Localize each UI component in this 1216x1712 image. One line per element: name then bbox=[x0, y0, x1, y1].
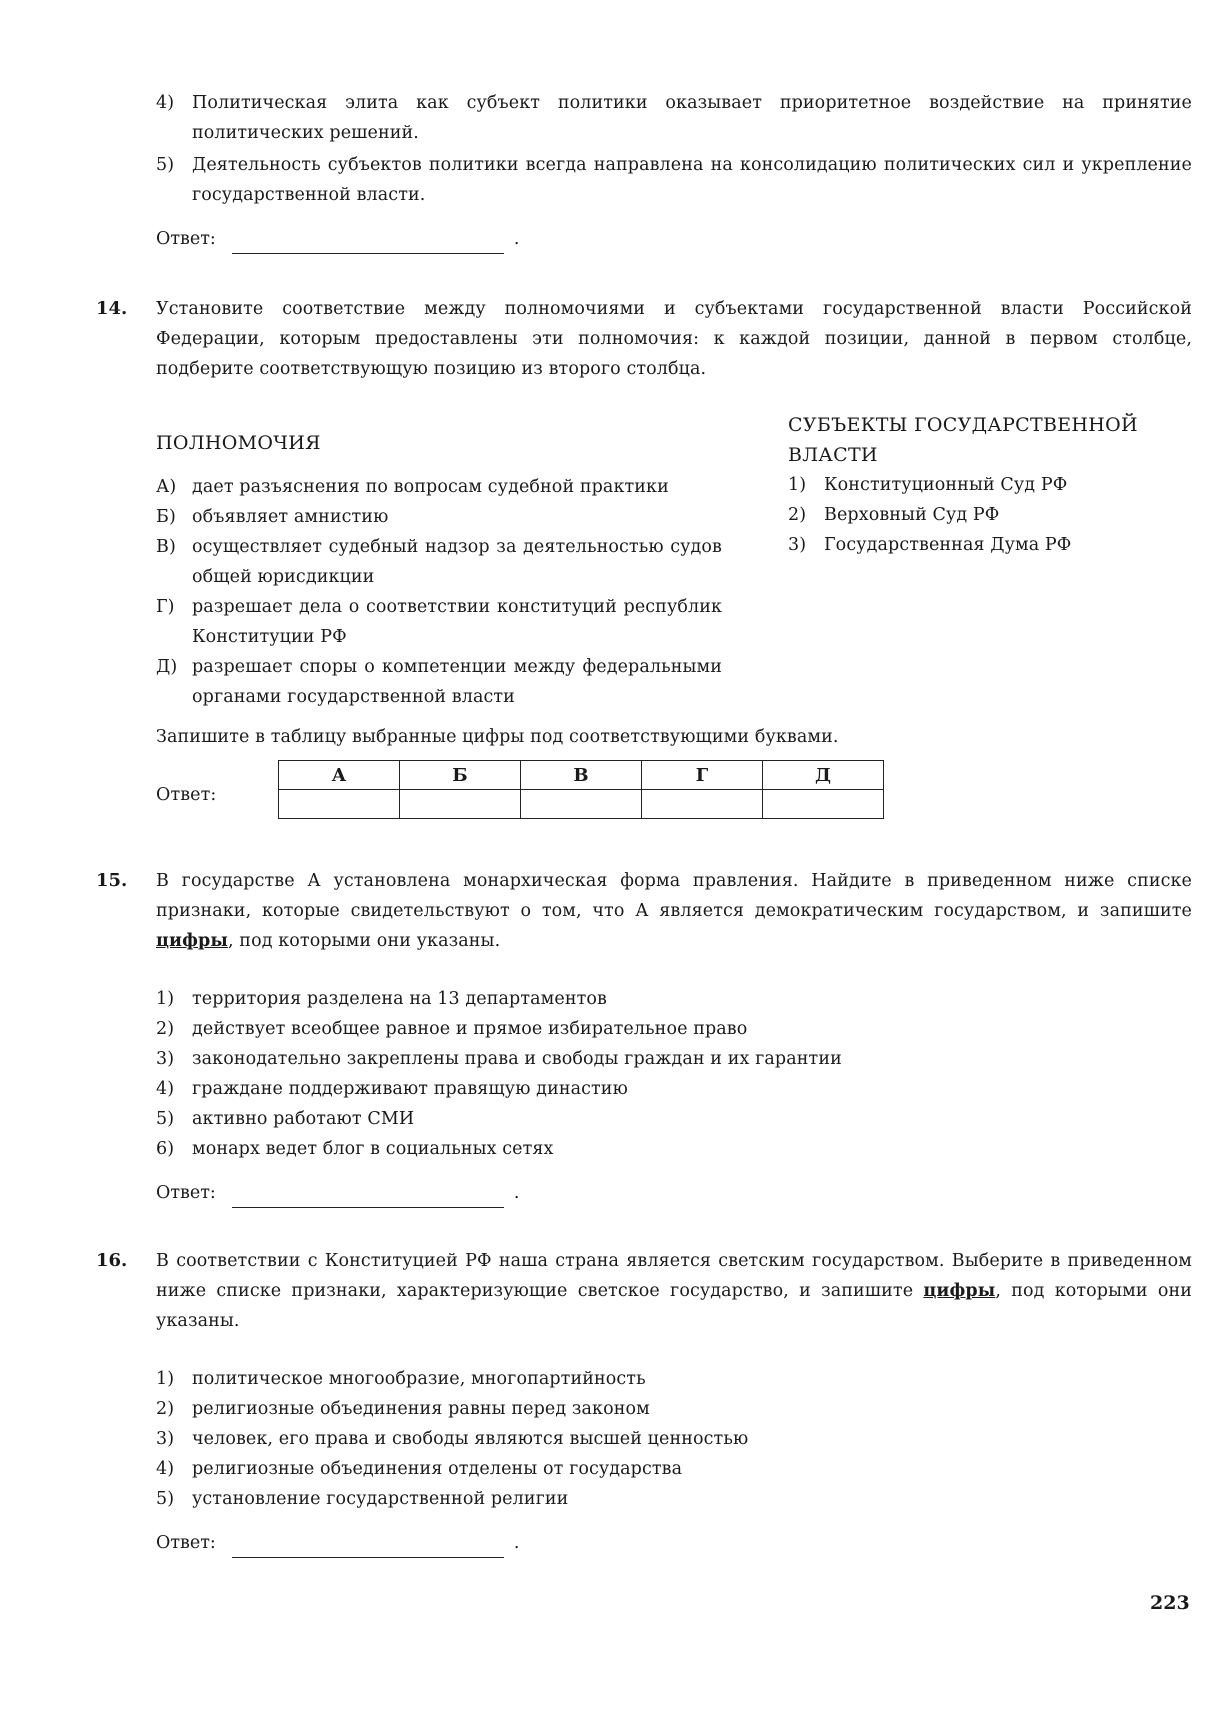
subject-item-1: 1)Конституционный Суд РФ bbox=[788, 470, 1188, 500]
power-label: Б) bbox=[156, 502, 176, 532]
option-text: политическое многообразие, многопартийно… bbox=[192, 1369, 646, 1389]
answer-cell-g[interactable] bbox=[642, 790, 763, 819]
q15-option: 2)действует всеобщее равное и прямое изб… bbox=[156, 1014, 1156, 1044]
subject-label: 2) bbox=[788, 500, 806, 530]
answer-input-line[interactable] bbox=[232, 1185, 504, 1208]
answer-table-value-row bbox=[279, 790, 884, 819]
option-number: 5) bbox=[156, 1484, 174, 1514]
q16-question-text: В соответствии с Конституцией РФ наша ст… bbox=[156, 1246, 1192, 1336]
answer-cell-v[interactable] bbox=[521, 790, 642, 819]
option-number: 1) bbox=[156, 984, 174, 1014]
option-text: действует всеобщее равное и прямое избир… bbox=[192, 1019, 747, 1039]
option-number: 1) bbox=[156, 1364, 174, 1394]
q15-question-text: В государстве А установлена монархическа… bbox=[156, 866, 1192, 956]
q16-answer: Ответ:. bbox=[156, 1528, 519, 1558]
q15-option: 6)монарх ведет блог в социальных сетях bbox=[156, 1134, 1156, 1164]
power-label: Д) bbox=[156, 652, 177, 682]
power-text: разрешает споры о компетенции между феде… bbox=[192, 657, 722, 707]
power-item-v: В)осуществляет судебный надзор за деятел… bbox=[156, 532, 722, 592]
subject-text: Верховный Суд РФ bbox=[824, 505, 999, 525]
question-number: 14. bbox=[96, 294, 127, 324]
subjects-list: 1)Конституционный Суд РФ 2)Верховный Суд… bbox=[788, 470, 1188, 560]
option-text: человек, его права и свободы являются вы… bbox=[192, 1429, 748, 1449]
q14-question-text: Установите соответствие между полномочия… bbox=[156, 294, 1192, 384]
power-label: Г) bbox=[156, 592, 175, 622]
option-text: религиозные объединения отделены от госу… bbox=[192, 1459, 682, 1479]
q15-answer: Ответ:. bbox=[156, 1178, 519, 1208]
option-text: Деятельность субъектов политики всегда н… bbox=[192, 150, 1192, 210]
option-number: 3) bbox=[156, 1044, 174, 1074]
option-number: 4) bbox=[156, 88, 174, 118]
option-text: установление государственной религии bbox=[192, 1489, 568, 1509]
answer-header-d: Д bbox=[763, 761, 884, 790]
power-item-a: А)дает разъяснения по вопросам судебной … bbox=[156, 472, 722, 502]
option-text: Политическая элита как субъект политики … bbox=[192, 88, 1192, 148]
powers-column-header: ПОЛНОМОЧИЯ bbox=[156, 428, 321, 458]
answer-cell-b[interactable] bbox=[400, 790, 521, 819]
q16-option: 3)человек, его права и свободы являются … bbox=[156, 1424, 1156, 1454]
power-text: дает разъяснения по вопросам судебной пр… bbox=[192, 477, 669, 497]
q15-option: 4)граждане поддерживают правящую династи… bbox=[156, 1074, 1156, 1104]
power-item-d: Д)разрешает споры о компетенции между фе… bbox=[156, 652, 722, 712]
option-text: религиозные объединения равны перед зако… bbox=[192, 1399, 650, 1419]
answer-cell-a[interactable] bbox=[279, 790, 400, 819]
question-text-part: , под которыми они указаны. bbox=[228, 931, 500, 951]
option-text: активно работают СМИ bbox=[192, 1109, 414, 1129]
q16-option: 5)установление государственной религии bbox=[156, 1484, 1156, 1514]
q14-instruction: Запишите в таблицу выбранные цифры под с… bbox=[156, 722, 839, 752]
answer-dot: . bbox=[514, 229, 520, 249]
power-text: разрешает дела о соответствии конституци… bbox=[192, 597, 722, 647]
q15-option: 3)законодательно закреплены права и своб… bbox=[156, 1044, 1156, 1074]
option-text: территория разделена на 13 департаментов bbox=[192, 989, 607, 1009]
page-number: 223 bbox=[1150, 1592, 1190, 1614]
option-text: монарх ведет блог в социальных сетях bbox=[192, 1139, 554, 1159]
answer-header-b: Б bbox=[400, 761, 521, 790]
subject-label: 1) bbox=[788, 470, 806, 500]
subject-item-2: 2)Верховный Суд РФ bbox=[788, 500, 1188, 530]
subject-text: Конституционный Суд РФ bbox=[824, 475, 1067, 495]
answer-input-line[interactable] bbox=[232, 1535, 504, 1558]
q15-option: 5)активно работают СМИ bbox=[156, 1104, 1156, 1134]
q16-option: 1)политическое многообразие, многопартий… bbox=[156, 1364, 1156, 1394]
power-item-b: Б)объявляет амнистию bbox=[156, 502, 722, 532]
answer-cell-d[interactable] bbox=[763, 790, 884, 819]
answer-label: Ответ: bbox=[156, 1533, 216, 1553]
q16-option: 2)религиозные объединения равны перед за… bbox=[156, 1394, 1156, 1424]
question-text-part: В государстве А установлена монархическа… bbox=[156, 871, 1192, 921]
q16-options: 1)политическое многообразие, многопартий… bbox=[156, 1364, 1156, 1514]
answer-header-v: В bbox=[521, 761, 642, 790]
option-number: 4) bbox=[156, 1074, 174, 1104]
option-number: 4) bbox=[156, 1454, 174, 1484]
powers-list: А)дает разъяснения по вопросам судебной … bbox=[156, 472, 722, 712]
option-text: законодательно закреплены права и свобод… bbox=[192, 1049, 842, 1069]
subject-text: Государственная Дума РФ bbox=[824, 535, 1071, 555]
answer-header-a: А bbox=[279, 761, 400, 790]
emphasized-word: цифры bbox=[156, 931, 228, 951]
answer-label: Ответ: bbox=[156, 780, 216, 810]
power-text: осуществляет судебный надзор за деятельн… bbox=[192, 537, 722, 587]
option-number: 2) bbox=[156, 1394, 174, 1424]
q15-option: 1)территория разделена на 13 департамент… bbox=[156, 984, 1156, 1014]
answer-dot: . bbox=[514, 1533, 520, 1553]
power-text: объявляет амнистию bbox=[192, 507, 388, 527]
answer-label: Ответ: bbox=[156, 1183, 216, 1203]
option-number: 6) bbox=[156, 1134, 174, 1164]
textbook-page: 4) Политическая элита как субъект полити… bbox=[0, 0, 1216, 1712]
q14-answer-table: А Б В Г Д bbox=[278, 760, 884, 819]
option-number: 5) bbox=[156, 1104, 174, 1134]
power-label: В) bbox=[156, 532, 176, 562]
q15-options: 1)территория разделена на 13 департамент… bbox=[156, 984, 1156, 1164]
subject-item-3: 3)Государственная Дума РФ bbox=[788, 530, 1188, 560]
q13-option-4: 4) Политическая элита как субъект полити… bbox=[156, 88, 1192, 148]
option-number: 2) bbox=[156, 1014, 174, 1044]
emphasized-word: цифры bbox=[923, 1281, 995, 1301]
option-number: 5) bbox=[156, 150, 174, 180]
question-number: 16. bbox=[96, 1246, 127, 1276]
q13-answer: Ответ:. bbox=[156, 224, 519, 254]
question-number: 15. bbox=[96, 866, 127, 896]
q13-option-5: 5) Деятельность субъектов политики всегд… bbox=[156, 150, 1192, 210]
answer-input-line[interactable] bbox=[232, 231, 504, 254]
q16-option: 4)религиозные объединения отделены от го… bbox=[156, 1454, 1156, 1484]
option-text: граждане поддерживают правящую династию bbox=[192, 1079, 628, 1099]
answer-table-header-row: А Б В Г Д bbox=[279, 761, 884, 790]
subjects-column-header: СУБЪЕКТЫ ГОСУДАРСТВЕННОЙ ВЛАСТИ bbox=[788, 410, 1188, 470]
power-label: А) bbox=[156, 472, 176, 502]
answer-label: Ответ: bbox=[156, 229, 216, 249]
answer-header-g: Г bbox=[642, 761, 763, 790]
answer-dot: . bbox=[514, 1183, 520, 1203]
subject-label: 3) bbox=[788, 530, 806, 560]
option-number: 3) bbox=[156, 1424, 174, 1454]
power-item-g: Г)разрешает дела о соответствии конститу… bbox=[156, 592, 722, 652]
